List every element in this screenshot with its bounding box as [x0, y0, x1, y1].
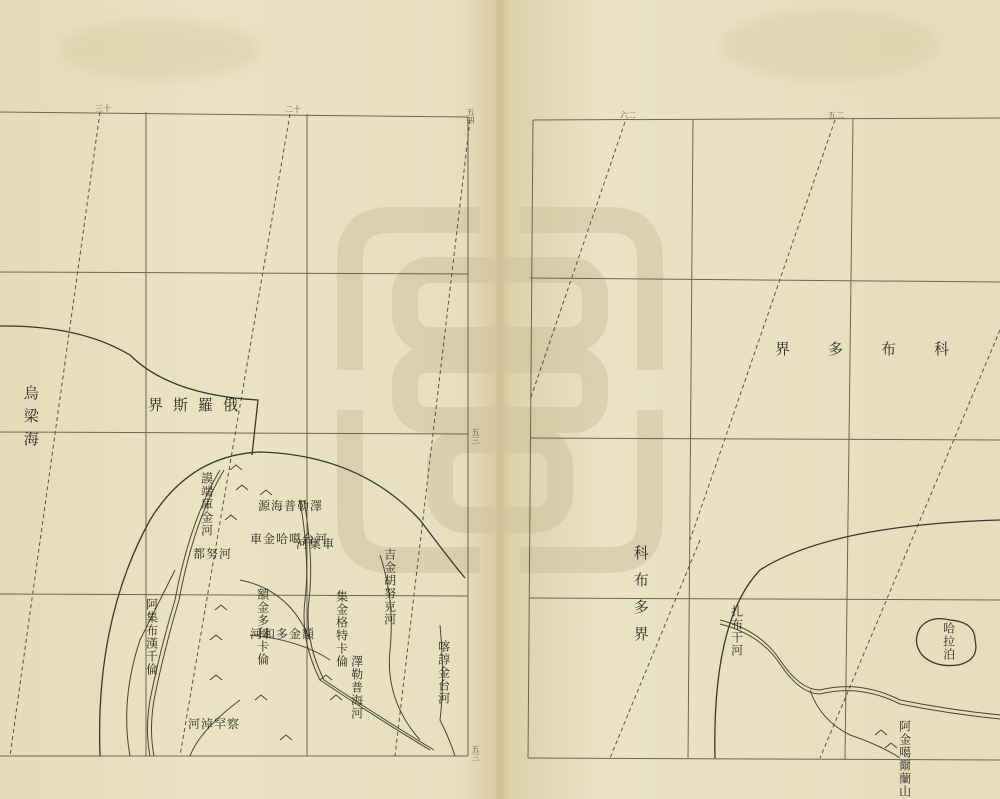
river-label: 扎布干河	[730, 605, 743, 657]
river-label: 吉金胡努克河	[383, 548, 396, 626]
region-label-kobdo-side: 科布多界	[632, 545, 648, 653]
river-label: 喀諄金台河	[437, 640, 450, 705]
river-label: 額金多和河	[250, 628, 315, 641]
grid-tick-label: 三十	[95, 103, 111, 114]
lake-label: 哈拉泊	[942, 622, 955, 661]
region-label-urang-sea: 烏梁海	[22, 385, 38, 454]
grid-tick-label: 五二	[828, 110, 844, 121]
region-label-kobdo-top: 科布多界	[775, 342, 987, 358]
grid-tick-label: 六二	[620, 110, 636, 121]
map-sheet: 三十 二十 五四 六二 五二 五三 五三 烏梁海 俄羅斯界 科布多界 科布多界 …	[0, 0, 1000, 799]
river-label: 謨端庫金河	[200, 472, 213, 537]
river-label: 察罕淖河	[188, 718, 240, 731]
grid-tick-label: 二十	[285, 104, 301, 115]
grid-tick-label: 五四	[465, 108, 476, 124]
river-label: 澤勒普海源	[258, 500, 323, 513]
mountain-label: 阿金噶爾蘭山	[898, 720, 911, 798]
grid-tick-label: 五三	[470, 428, 481, 444]
river-label: 河努都	[193, 548, 232, 561]
river-label: 阿集布漢千倫	[145, 598, 158, 676]
river-label: 澤勒普海河	[350, 655, 363, 720]
region-label-russia-boundary: 俄羅斯界	[148, 398, 248, 414]
river-label: 車集河	[296, 538, 335, 551]
river-label: 集金格特卡倫	[335, 590, 348, 668]
grid-tick-label: 五三	[470, 745, 481, 761]
